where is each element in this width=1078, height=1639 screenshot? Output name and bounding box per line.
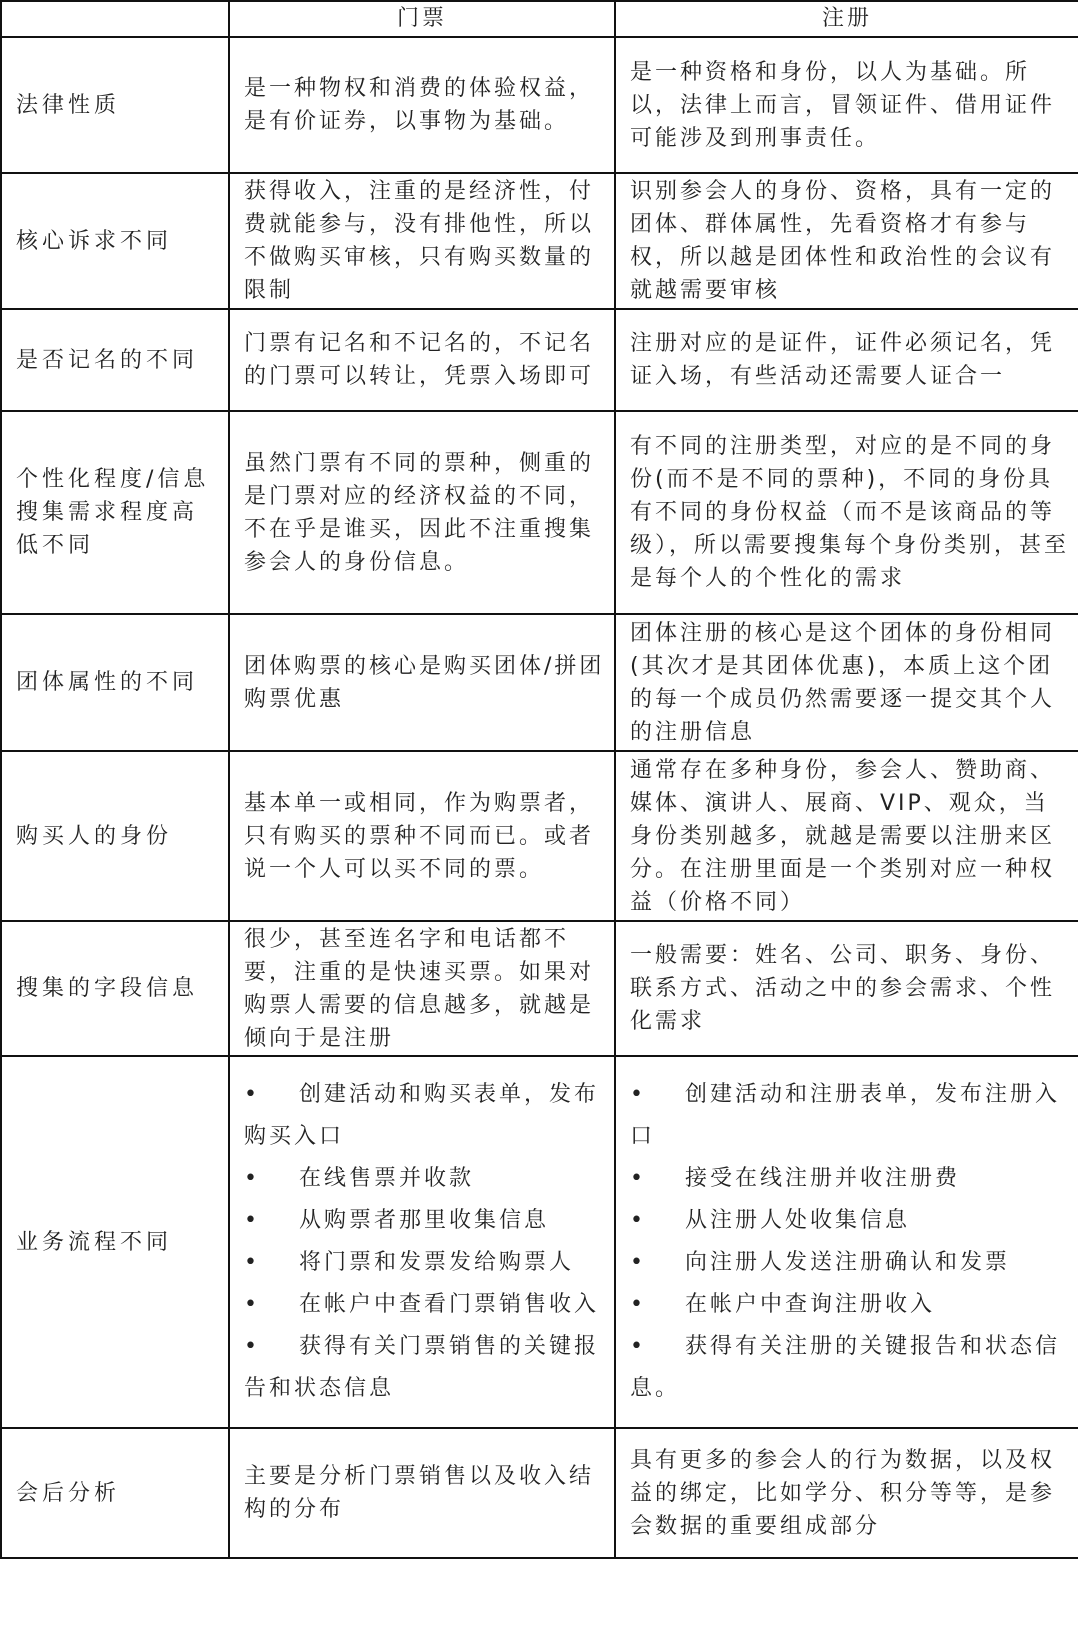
ticket-cell: 是一种物权和消费的体验权益，是有价证券，以事物为基础。 — [229, 37, 615, 173]
ticket-cell: 虽然门票有不同的票种，侧重的是门票对应的经济权益的不同，不在乎是谁买，因此不注重… — [229, 411, 615, 614]
list-item: •在帐户中查看门票销售收入 — [244, 1284, 606, 1326]
list-item: •从注册人处收集信息 — [630, 1200, 1070, 1242]
header-registration: 注册 — [615, 1, 1078, 37]
registration-cell: 识别参会人的身份、资格，具有一定的团体、群体属性，先看资格才有参与权，所以越是团… — [615, 173, 1078, 309]
list-item-text: 创建活动和注册表单，发布注册入口 — [630, 1082, 1060, 1149]
list-item: •将门票和发票发给购票人 — [244, 1242, 606, 1284]
registration-process-cell: •创建活动和注册表单，发布注册入口 •接受在线注册并收注册费 •从注册人处收集信… — [615, 1056, 1078, 1428]
bullet-icon: • — [244, 1200, 299, 1242]
table-row: 会后分析 主要是分析门票销售以及收入结构的分布 具有更多的参会人的行为数据，以及… — [1, 1428, 1078, 1558]
list-item-text: 从购票者那里收集信息 — [299, 1208, 549, 1233]
header-empty — [1, 1, 229, 37]
bullet-icon: • — [244, 1158, 299, 1200]
list-item: •获得有关注册的关键报告和状态信息。 — [630, 1326, 1070, 1410]
comparison-table: 门票 注册 法律性质 是一种物权和消费的体验权益，是有价证券，以事物为基础。 是… — [0, 0, 1078, 1559]
table-row: 法律性质 是一种物权和消费的体验权益，是有价证券，以事物为基础。 是一种资格和身… — [1, 37, 1078, 173]
list-item: •创建活动和购买表单，发布购买入口 — [244, 1074, 606, 1158]
bullet-icon: • — [244, 1326, 299, 1368]
list-item: •在线售票并收款 — [244, 1158, 606, 1200]
row-label: 法律性质 — [1, 37, 229, 173]
ticket-cell: 很少，甚至连名字和电话都不要，注重的是快速买票。如果对购票人需要的信息越多，就越… — [229, 921, 615, 1056]
table-row: 核心诉求不同 获得收入，注重的是经济性，付费就能参与，没有排他性，所以不做购买审… — [1, 173, 1078, 309]
list-item: •从购票者那里收集信息 — [244, 1200, 606, 1242]
bullet-icon: • — [630, 1242, 685, 1284]
list-item-text: 在线售票并收款 — [299, 1166, 474, 1191]
table-row: 是否记名的不同 门票有记名和不记名的，不记名的门票可以转让，凭票入场即可 注册对… — [1, 309, 1078, 411]
row-label: 搜集的字段信息 — [1, 921, 229, 1056]
registration-cell: 一般需要：姓名、公司、职务、身份、联系方式、活动之中的参会需求、个性化需求 — [615, 921, 1078, 1056]
table-row: 业务流程不同 •创建活动和购买表单，发布购买入口 •在线售票并收款 •从购票者那… — [1, 1056, 1078, 1428]
row-label: 核心诉求不同 — [1, 173, 229, 309]
list-item: •向注册人发送注册确认和发票 — [630, 1242, 1070, 1284]
registration-cell: 注册对应的是证件，证件必须记名，凭证入场，有些活动还需要人证合一 — [615, 309, 1078, 411]
list-item: •接受在线注册并收注册费 — [630, 1158, 1070, 1200]
list-item-text: 在帐户中查看门票销售收入 — [299, 1292, 599, 1317]
bullet-icon: • — [244, 1242, 299, 1284]
table-row: 购买人的身份 基本单一或相同，作为购票者，只有购买的票种不同而已。或者说一个人可… — [1, 751, 1078, 921]
bullet-icon: • — [244, 1284, 299, 1326]
ticket-cell: 团体购票的核心是购买团体/拼团购票优惠 — [229, 614, 615, 751]
row-label: 是否记名的不同 — [1, 309, 229, 411]
bullet-icon: • — [630, 1200, 685, 1242]
row-label: 个性化程度/信息搜集需求程度高低不同 — [1, 411, 229, 614]
registration-cell: 具有更多的参会人的行为数据，以及权益的绑定，比如学分、积分等等，是参会数据的重要… — [615, 1428, 1078, 1558]
registration-process-list: •创建活动和注册表单，发布注册入口 •接受在线注册并收注册费 •从注册人处收集信… — [630, 1074, 1070, 1410]
list-item-text: 接受在线注册并收注册费 — [685, 1166, 960, 1191]
bullet-icon: • — [244, 1074, 299, 1116]
ticket-cell: 获得收入，注重的是经济性，付费就能参与，没有排他性，所以不做购买审核，只有购买数… — [229, 173, 615, 309]
list-item-text: 获得有关注册的关键报告和状态信息。 — [630, 1334, 1060, 1401]
list-item-text: 将门票和发票发给购票人 — [299, 1250, 574, 1275]
bullet-icon: • — [630, 1158, 685, 1200]
registration-cell: 是一种资格和身份，以人为基础。所以，法律上而言，冒领证件、借用证件可能涉及到刑事… — [615, 37, 1078, 173]
list-item-text: 向注册人发送注册确认和发票 — [685, 1250, 1010, 1275]
registration-cell: 通常存在多种身份，参会人、赞助商、媒体、演讲人、展商、VIP、观众，当身份类别越… — [615, 751, 1078, 921]
table-row: 搜集的字段信息 很少，甚至连名字和电话都不要，注重的是快速买票。如果对购票人需要… — [1, 921, 1078, 1056]
table-row: 个性化程度/信息搜集需求程度高低不同 虽然门票有不同的票种，侧重的是门票对应的经… — [1, 411, 1078, 614]
ticket-cell: 基本单一或相同，作为购票者，只有购买的票种不同而已。或者说一个人可以买不同的票。 — [229, 751, 615, 921]
bullet-icon: • — [630, 1326, 685, 1368]
ticket-process-list: •创建活动和购买表单，发布购买入口 •在线售票并收款 •从购票者那里收集信息 •… — [244, 1074, 606, 1410]
ticket-process-cell: •创建活动和购买表单，发布购买入口 •在线售票并收款 •从购票者那里收集信息 •… — [229, 1056, 615, 1428]
bullet-icon: • — [630, 1284, 685, 1326]
list-item-text: 从注册人处收集信息 — [685, 1208, 910, 1233]
header-row: 门票 注册 — [1, 1, 1078, 37]
list-item-text: 在帐户中查询注册收入 — [685, 1292, 935, 1317]
table-row: 团体属性的不同 团体购票的核心是购买团体/拼团购票优惠 团体注册的核心是这个团体… — [1, 614, 1078, 751]
list-item: •在帐户中查询注册收入 — [630, 1284, 1070, 1326]
row-label: 购买人的身份 — [1, 751, 229, 921]
registration-cell: 有不同的注册类型，对应的是不同的身份(而不是不同的票种)，不同的身份具有不同的身… — [615, 411, 1078, 614]
bullet-icon: • — [630, 1074, 685, 1116]
list-item: •获得有关门票销售的关键报告和状态信息 — [244, 1326, 606, 1410]
header-ticket: 门票 — [229, 1, 615, 37]
row-label: 业务流程不同 — [1, 1056, 229, 1428]
list-item: •创建活动和注册表单，发布注册入口 — [630, 1074, 1070, 1158]
ticket-cell: 门票有记名和不记名的，不记名的门票可以转让，凭票入场即可 — [229, 309, 615, 411]
row-label: 会后分析 — [1, 1428, 229, 1558]
ticket-cell: 主要是分析门票销售以及收入结构的分布 — [229, 1428, 615, 1558]
row-label: 团体属性的不同 — [1, 614, 229, 751]
registration-cell: 团体注册的核心是这个团体的身份相同(其次才是其团体优惠)，本质上这个团的每一个成… — [615, 614, 1078, 751]
